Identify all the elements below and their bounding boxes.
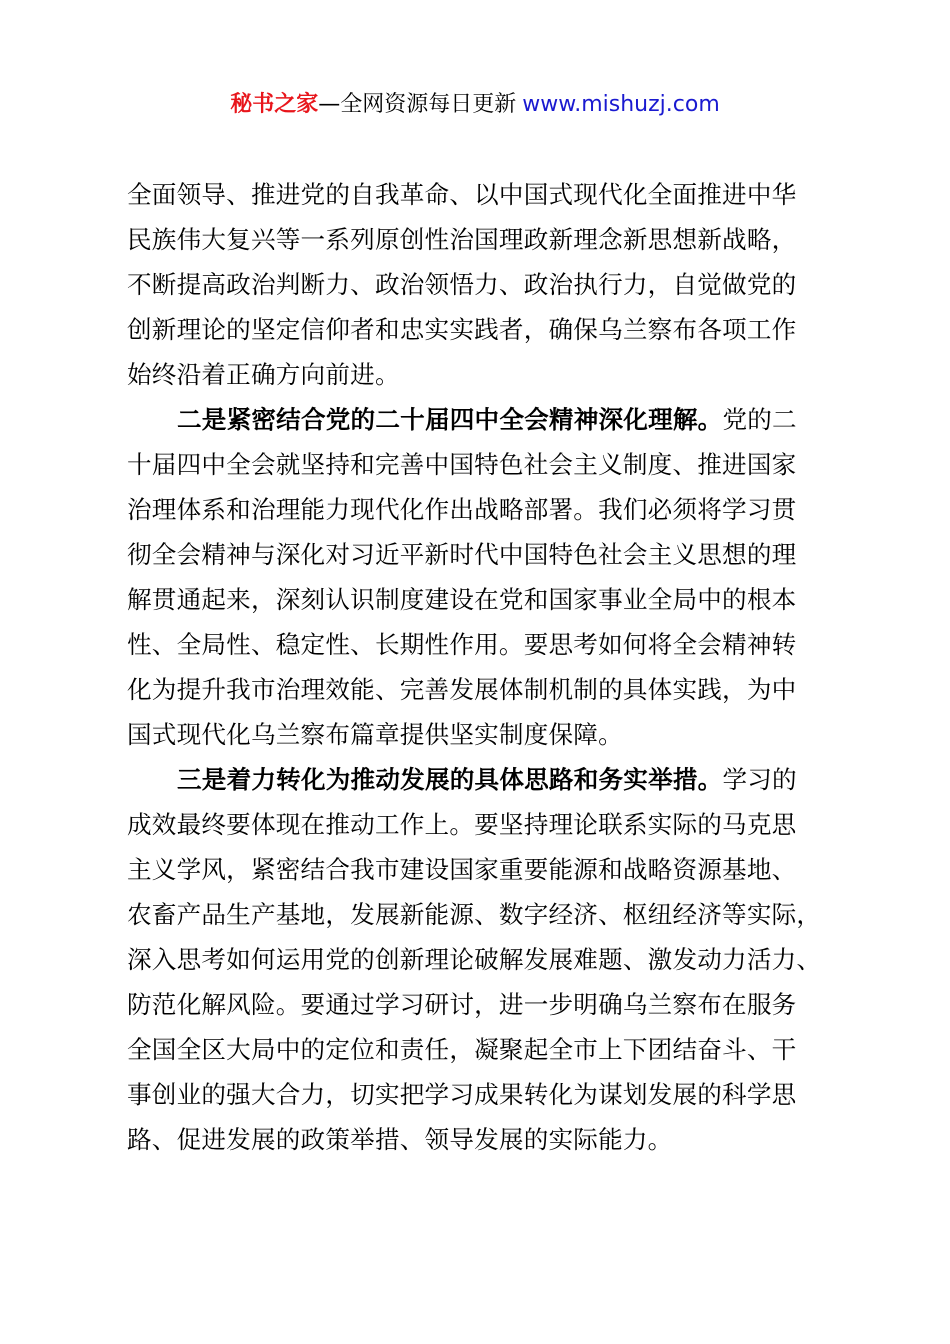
paragraph-heading: 三是着力转化为推动发展的具体思路和务实举措。 [177, 765, 722, 794]
text-span: 学习的 [722, 765, 796, 794]
text-line: 国式现代化乌兰察布篇章提供坚实制度保障。 [127, 712, 833, 757]
text-line: 路、促进发展的政策举措、领导发展的实际能力。 [127, 1117, 833, 1162]
text-line: 性、全局性、稳定性、长期性作用。要思考如何将全会精神转 [127, 622, 833, 667]
text-line: 全国全区大局中的定位和责任，凝聚起全市上下团结奋斗、干 [127, 1027, 833, 1072]
text-line: 创新理论的坚定信仰者和忠实实践者，确保乌兰察布各项工作 [127, 307, 833, 352]
text-line: 防范化解风险。要通过学习研讨，进一步明确乌兰察布在服务 [127, 982, 833, 1027]
text-line: 民族伟大复兴等一系列原创性治国理政新理念新思想新战略， [127, 217, 833, 262]
paragraph-1: 全面领导、推进党的自我革命、以中国式现代化全面推进中华 民族伟大复兴等一系列原创… [127, 172, 833, 397]
text-line: 化为提升我市治理效能、完善发展体制机制的具体实践，为中 [127, 667, 833, 712]
paragraph-3: 三是着力转化为推动发展的具体思路和务实举措。学习的 成效最终要体现在推动工作上。… [127, 757, 833, 1162]
header-tagline: —全网资源每日更新 [318, 92, 516, 117]
text-line: 解贯通起来，深刻认识制度建设在党和国家事业全局中的根本 [127, 577, 833, 622]
site-url-link[interactable]: www.mishuzj.com [522, 92, 719, 117]
text-line: 成效最终要体现在推动工作上。要坚持理论联系实际的马克思 [127, 802, 833, 847]
text-line: 二是紧密结合党的二十届四中全会精神深化理解。党的二 [127, 397, 833, 442]
text-line: 事创业的强大合力，切实把学习成果转化为谋划发展的科学思 [127, 1072, 833, 1117]
text-line: 不断提高政治判断力、政治领悟力、政治执行力，自觉做党的 [127, 262, 833, 307]
text-line: 主义学风，紧密结合我市建设国家重要能源和战略资源基地、 [127, 847, 833, 892]
text-line: 全面领导、推进党的自我革命、以中国式现代化全面推进中华 [127, 172, 833, 217]
brand-name: 秘书之家 [230, 92, 318, 117]
text-line: 十届四中全会就坚持和完善中国特色社会主义制度、推进国家 [127, 442, 833, 487]
paragraph-heading: 二是紧密结合党的二十届四中全会精神深化理解。 [177, 405, 722, 434]
text-line: 深入思考如何运用党的创新理论破解发展难题、激发动力活力、 [127, 937, 833, 982]
text-line: 彻全会精神与深化对习近平新时代中国特色社会主义思想的理 [127, 532, 833, 577]
text-line: 农畜产品生产基地，发展新能源、数字经济、枢纽经济等实际， [127, 892, 833, 937]
paragraph-2: 二是紧密结合党的二十届四中全会精神深化理解。党的二 十届四中全会就坚持和完善中国… [127, 397, 833, 757]
document-body: 全面领导、推进党的自我革命、以中国式现代化全面推进中华 民族伟大复兴等一系列原创… [127, 172, 833, 1162]
text-line: 治理体系和治理能力现代化作出战略部署。我们必须将学习贯 [127, 487, 833, 532]
text-line: 始终沿着正确方向前进。 [127, 352, 833, 397]
text-span: 党的二 [722, 405, 796, 434]
text-line: 三是着力转化为推动发展的具体思路和务实举措。学习的 [127, 757, 833, 802]
site-header: 秘书之家—全网资源每日更新www.mishuzj.com [0, 88, 950, 122]
